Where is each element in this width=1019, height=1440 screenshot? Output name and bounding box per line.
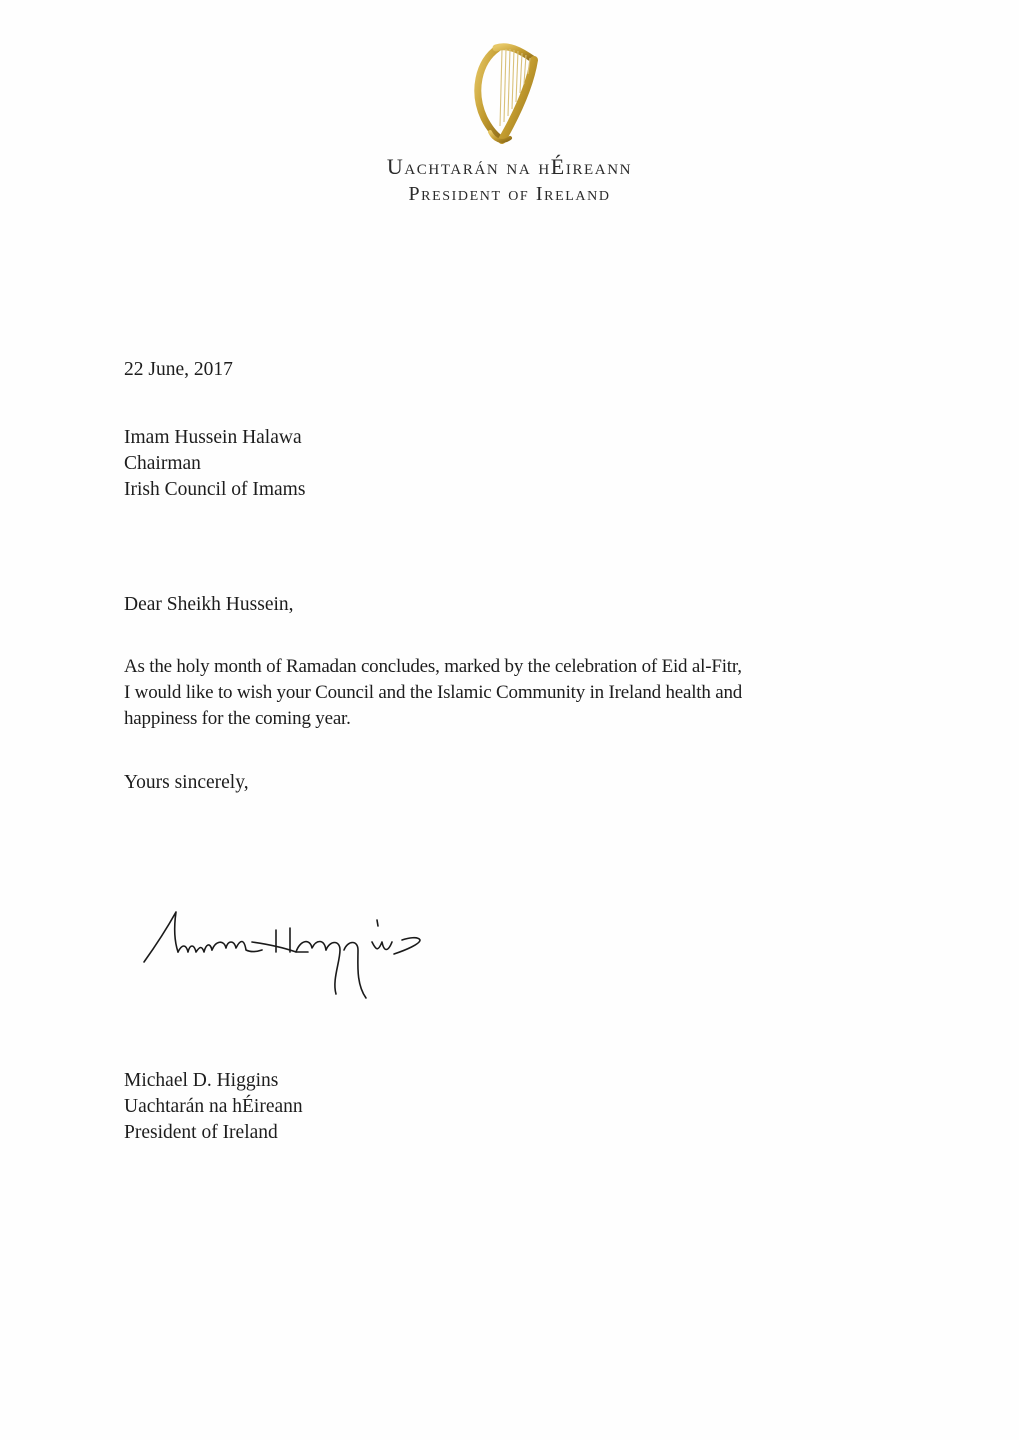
letter-page: Uachtarán na hÉireann President of Irela… (0, 0, 1019, 1440)
letterhead-irish: Uachtarán na hÉireann (0, 154, 1019, 180)
signer-name: Michael D. Higgins (124, 1068, 303, 1094)
recipient-address: Imam Hussein Halawa Chairman Irish Counc… (124, 425, 305, 503)
signature-icon (140, 900, 480, 1020)
recipient-title: Chairman (124, 451, 305, 477)
recipient-organization: Irish Council of Imams (124, 477, 305, 503)
body-line: happiness for the coming year. (124, 706, 884, 732)
body-line: As the holy month of Ramadan concludes, … (124, 654, 884, 680)
letter-date: 22 June, 2017 (124, 357, 233, 383)
letterhead-english: President of Ireland (0, 183, 1019, 206)
letter-body: As the holy month of Ramadan concludes, … (124, 654, 884, 732)
harp-icon (468, 40, 544, 144)
signer-block: Michael D. Higgins Uachtarán na hÉireann… (124, 1068, 303, 1146)
body-line: I would like to wish your Council and th… (124, 680, 884, 706)
closing: Yours sincerely, (124, 770, 249, 796)
recipient-name: Imam Hussein Halawa (124, 425, 305, 451)
signer-title-irish: Uachtarán na hÉireann (124, 1094, 303, 1120)
salutation: Dear Sheikh Hussein, (124, 592, 294, 618)
signer-title-english: President of Ireland (124, 1120, 303, 1146)
